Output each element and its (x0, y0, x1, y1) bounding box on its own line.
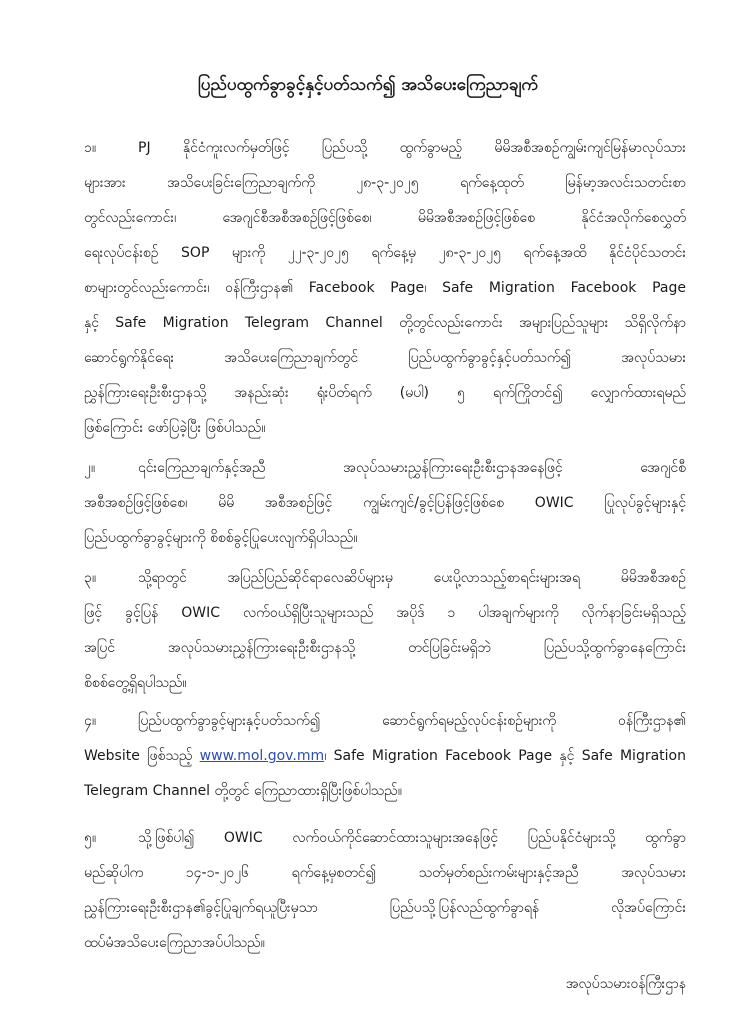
paragraph-line: ၂။၎င်းကြေညာချက်နှင့်အညီ အလုပ်သမားညွှန်ကြ… (84, 456, 686, 480)
document-title: ပြည်ပထွက်ခွာခွင့်နှင့်ပတ်သက်၍ အသိပေးကြေည… (0, 70, 736, 100)
paragraph-line: တွင်လည်းကောင်း၊ အေဂျင်စီအစီအစဉ်ဖြင့်ဖြစ်… (84, 206, 686, 230)
paragraph-line: ဆောင်ရွက်နိုင်ရေး အသိပေးကြေညာချက်တွင် ပြ… (84, 346, 686, 370)
paragraph-line: ပြည်ပထွက်ခွာခွင့်များကို စိစစ်ခွင့်ပြုပေ… (84, 526, 686, 550)
website-link[interactable]: www.mol.gov.mm (200, 748, 324, 764)
paragraph-line: ၁။PJ နိုင်ငံကူးလက်မှတ်ဖြင့် ပြည်ပသို့ ထွ… (84, 136, 686, 160)
paragraph-line: နှင့် Safe Migration Telegram Channel တိ… (84, 311, 686, 335)
paragraph-line: ၃။သို့ရာတွင် အပြည်ပြည်ဆိုင်ရာလေဆိပ်များမ… (84, 566, 686, 590)
paragraph-line: ဖြင့် ခွင့်ပြန် OWIC လက်ဝယ်ရှိပြီးသူများ… (84, 601, 686, 625)
paragraph-line: ဖြစ်ကြောင်း ဖော်ပြခဲ့ပြီး ဖြစ်ပါသည်။ (84, 416, 686, 440)
paragraph-line: ၅။သို့ဖြစ်ပါ၍ OWIC လက်ဝယ်ကိုင်ဆောင်ထားသူ… (84, 826, 686, 850)
paragraph-number: ၃။ (84, 566, 138, 590)
paragraph-line: စိစစ်တွေ့ရှိရပါသည်။ (84, 671, 686, 695)
paragraph-line: စာများတွင်လည်းကောင်း၊ ဝန်ကြီးဌာန၏ Facebo… (84, 276, 686, 300)
paragraph-number: ၄။ (84, 709, 138, 733)
signature: အလုပ်သမားဝန်ကြီးဌာန (566, 972, 686, 996)
paragraph-line: Telegram Channel တို့တွင် ကြေညာထားရှိပြီ… (84, 779, 686, 803)
paragraph-line: များအား အသိပေးခြင်းကြေညာချက်ကို ၂၈-၃-၂၀၂… (84, 171, 686, 195)
paragraph-number: ၂။ (84, 456, 138, 480)
paragraph-line: ရေးလုပ်ငန်းစဉ် SOP များကို ၂၂-၃-၂၀၂၅ ရက်… (84, 241, 686, 265)
paragraph-line: ညွှန်ကြားရေးဦးစီးဌာန၏ခွင့်ပြုချက်ရယူပြီး… (84, 896, 686, 920)
paragraph-line: အပြင် အလုပ်သမားညွှန်ကြားရေးဦးစီးဌာနသို့ … (84, 636, 686, 660)
paragraph-number: ၅။ (84, 826, 138, 850)
paragraph-line: ၄။ပြည်ပထွက်ခွာခွင့်များနှင့်ပတ်သက်၍ ဆောင… (84, 709, 686, 733)
paragraph-line: ထပ်မံအသိပေးကြေညာအပ်ပါသည်။ (84, 931, 686, 955)
paragraph-line: မည်ဆိုပါက ၁၄-၁-၂၀၂၆ ရက်နေ့မှစတင်၍ သတ်မှတ… (84, 861, 686, 885)
paragraph-number: ၁။ (84, 136, 138, 160)
paragraph-line: Website ဖြစ်သည့် www.mol.gov.mm၊ Safe Mi… (84, 744, 686, 768)
paragraph-line: ညွှန်ကြားရေးဦးစီးဌာနသို့ အနည်းဆုံး ရုံးပ… (84, 381, 686, 405)
paragraph-line: အစီအစဉ်ဖြင့်ဖြစ်စေ၊ မိမိ အစီအစဉ်ဖြင့် ကျ… (84, 491, 686, 515)
